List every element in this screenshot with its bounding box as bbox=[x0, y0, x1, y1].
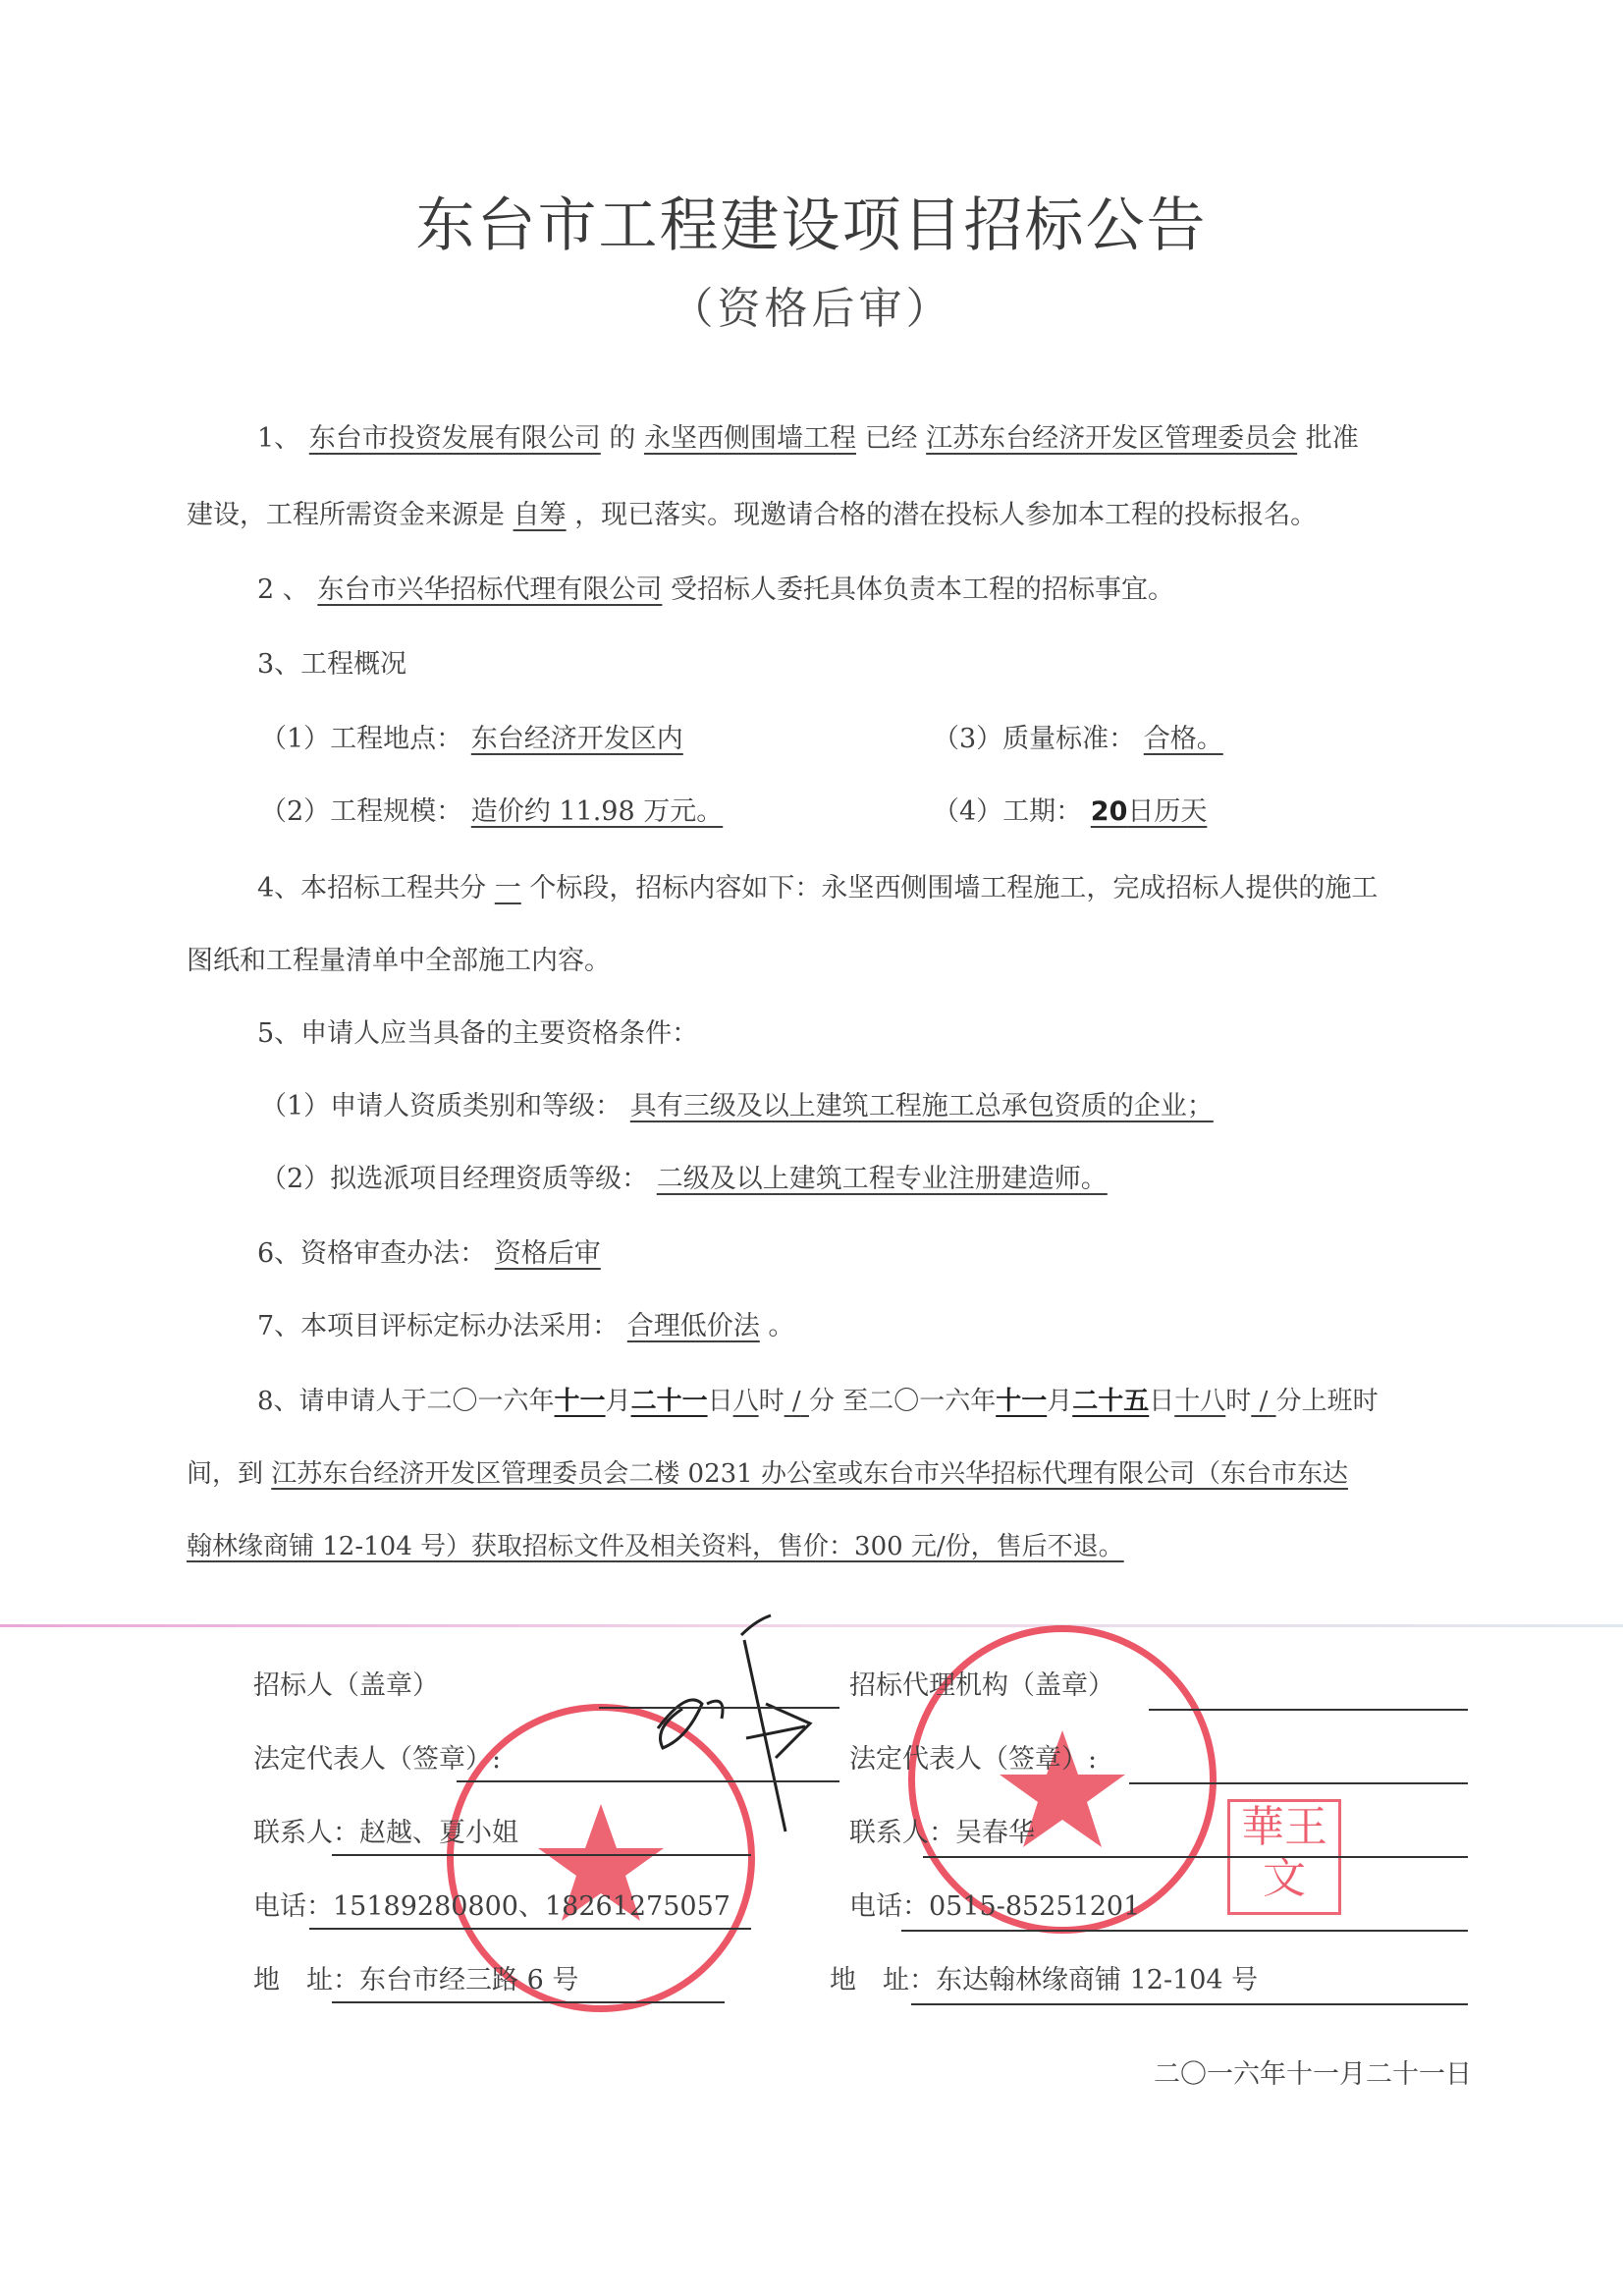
field-label: 7、本项目评标定标办法采用： bbox=[257, 1311, 619, 1341]
section-1-line-2: 建设，工程所需资金来源是 自筹 ，现已落实。现邀请合格的潜在投标人参加本工程的投… bbox=[187, 499, 1317, 532]
end-month: 十一 bbox=[996, 1387, 1047, 1416]
static-text: 分 至二〇一六年 bbox=[809, 1387, 996, 1416]
field-value: 赵越、夏小姐 bbox=[359, 1818, 518, 1848]
section-8-line-1: 8、请申请人于二〇一六年十一月二十一日八时 / 分 至二〇一六年十一月二十五日十… bbox=[257, 1385, 1379, 1418]
manager-qualification: （2）拟选派项目经理资质等级： 二级及以上建筑工程专业注册建造师。 bbox=[260, 1163, 1108, 1196]
static-text: 。 bbox=[768, 1311, 794, 1341]
static-text: 个标段，招标内容如下：永坚西侧围墙工程施工，完成招标人提供的施工 bbox=[529, 873, 1378, 903]
section-1-line-1: 1、 东台市投资发展有限公司 的 永坚西侧围墙工程 已经 江苏东台经济开发区管理… bbox=[257, 422, 1359, 456]
document-title: 东台市工程建设项目招标公告 bbox=[0, 179, 1623, 263]
field-label: 电话： bbox=[849, 1891, 929, 1922]
field-label: 联系人： bbox=[849, 1818, 955, 1848]
static-text: 日 bbox=[708, 1387, 733, 1416]
section-4-line-1: 4、本招标工程共分 一 个标段，招标内容如下：永坚西侧围墙工程施工，完成招标人提… bbox=[257, 872, 1378, 905]
section-8-line-3: 翰林缘商铺 12-104 号）获取招标文件及相关资料，售价：300 元/份，售后… bbox=[187, 1530, 1124, 1563]
static-text: 月 bbox=[606, 1387, 631, 1416]
end-minute: / bbox=[1260, 1387, 1269, 1416]
tenderer-contact: 联系人：赵越、夏小姐 bbox=[253, 1817, 518, 1850]
agency-rep-line bbox=[1129, 1782, 1468, 1784]
issue-date: 二〇一六年十一月二十一日 bbox=[1154, 2052, 1472, 2091]
document-subtitle: （资格后审） bbox=[0, 273, 1623, 336]
tender-announcement-page: 东台市工程建设项目招标公告 （资格后审） 1、 东台市投资发展有限公司 的 永坚… bbox=[0, 0, 1623, 2296]
section-7: 7、本项目评标定标办法采用： 合理低价法 。 bbox=[257, 1310, 794, 1343]
static-text: 日 bbox=[1149, 1387, 1174, 1416]
field-label: （1）工程地点： bbox=[260, 724, 462, 754]
field-value: 东达翰林缘商铺 12-104 号 bbox=[936, 1965, 1258, 1995]
field-label: 地 址： bbox=[253, 1965, 359, 1995]
field-label: （2）拟选派项目经理资质等级： bbox=[260, 1164, 648, 1194]
applicant-qualification: （1）申请人资质类别和等级： 具有三级及以上建筑工程施工总承包资质的企业； bbox=[260, 1090, 1214, 1123]
section-2: 2 、 东台市兴华招标代理有限公司 受招标人委托具体负责本工程的招标事宜。 bbox=[257, 574, 1174, 607]
lot-count: 一 bbox=[495, 873, 521, 903]
tenderer-rep-label: 法定代表人（签章）: bbox=[253, 1743, 501, 1777]
section-number: 1、 bbox=[257, 423, 300, 454]
static-text: ，现已落实。现邀请合格的潜在投标人参加本工程的投标报名。 bbox=[574, 500, 1317, 530]
tenderer-name: 东台市投资发展有限公司 bbox=[309, 423, 601, 454]
field-value: 日历天 bbox=[1127, 796, 1207, 827]
static-text: 时 bbox=[1225, 1387, 1251, 1416]
field-label: 联系人： bbox=[253, 1818, 359, 1848]
quality-standard: （3）质量标准： 合格。 bbox=[933, 723, 1223, 756]
approving-authority: 江苏东台经济开发区管理委员会 bbox=[926, 423, 1297, 454]
static-text: 4、本招标工程共分 bbox=[257, 873, 486, 903]
static-text: 8、请申请人于二〇一六年 bbox=[257, 1387, 555, 1416]
agency-rep-label: 法定代表人（签章）: bbox=[849, 1743, 1097, 1777]
field-value: 合理低价法 bbox=[627, 1311, 760, 1341]
agency-name: 东台市兴华招标代理有限公司 bbox=[317, 574, 662, 605]
static-text: 的 bbox=[609, 423, 635, 454]
agency-address: 地 址：东达翰林缘商铺 12-104 号 bbox=[830, 1964, 1258, 1997]
field-label: 电话： bbox=[253, 1891, 333, 1922]
agency-seal-line bbox=[1149, 1709, 1468, 1711]
field-label: （4）工期： bbox=[933, 796, 1082, 827]
agency-contact-line bbox=[923, 1856, 1468, 1858]
agency-seal-label: 招标代理机构（盖章） bbox=[849, 1669, 1114, 1703]
field-value: 二级及以上建筑工程专业注册建造师。 bbox=[657, 1164, 1108, 1194]
section-5-heading: 5、申请人应当具备的主要资格条件： bbox=[257, 1017, 698, 1051]
project-scale: （2）工程规模： 造价约 11.98 万元。 bbox=[260, 795, 723, 829]
field-value: 资格后审 bbox=[495, 1238, 601, 1269]
section-8-line-2: 间，到 江苏东台经济开发区管理委员会二楼 0231 办公室或东台市兴华招标代理有… bbox=[187, 1457, 1348, 1491]
handwritten-value: 20 bbox=[1091, 796, 1128, 827]
tenderer-contact-line bbox=[332, 1854, 751, 1856]
pickup-location-cont: 翰林缘商铺 12-104 号）获取招标文件及相关资料，售价：300 元/份，售后… bbox=[187, 1532, 1124, 1561]
static-text: 建设，工程所需资金来源是 bbox=[187, 500, 505, 530]
start-day: 二十一 bbox=[631, 1387, 708, 1416]
construction-period: （4）工期： 20日历天 bbox=[933, 795, 1207, 829]
field-label: 6、资格审查办法： bbox=[257, 1238, 486, 1269]
tenderer-phone: 电话：15189280800、18261275057 bbox=[253, 1890, 730, 1924]
project-name: 永坚西侧围墙工程 bbox=[644, 423, 856, 454]
field-value: 东台经济开发区内 bbox=[471, 724, 683, 754]
tenderer-seal-label: 招标人（盖章） bbox=[253, 1669, 439, 1703]
section-3-heading: 3、工程概况 bbox=[257, 648, 406, 682]
field-value: 合格。 bbox=[1144, 724, 1223, 754]
static-text: 时 bbox=[759, 1387, 784, 1416]
funding-source: 自筹 bbox=[514, 500, 567, 530]
field-value: 造价约 11.98 万元。 bbox=[471, 796, 723, 827]
agency-phone: 电话：0515-85251201 bbox=[849, 1890, 1140, 1924]
end-day: 二十五 bbox=[1072, 1387, 1149, 1416]
agency-contact: 联系人：吴春华 bbox=[849, 1817, 1035, 1850]
field-label: （1）申请人资质类别和等级： bbox=[260, 1091, 622, 1121]
static-text: 月 bbox=[1047, 1387, 1072, 1416]
section-6: 6、资格审查办法： 资格后审 bbox=[257, 1237, 601, 1271]
pickup-location: 江苏东台经济开发区管理委员会二楼 0231 办公室或东台市兴华招标代理有限公司（… bbox=[271, 1459, 1348, 1489]
tenderer-address: 地 址：东台市经三路 6 号 bbox=[253, 1964, 578, 1997]
field-value: 吴春华 bbox=[955, 1818, 1035, 1848]
agency-address-line bbox=[911, 2003, 1468, 2005]
field-value: 东台市经三路 6 号 bbox=[359, 1965, 578, 1995]
section-4-line-2: 图纸和工程量清单中全部施工内容。 bbox=[187, 945, 611, 978]
static-text: 分上班时 bbox=[1276, 1387, 1379, 1416]
static-text: 已经 bbox=[865, 423, 918, 454]
field-label: 地 址： bbox=[830, 1965, 936, 1995]
tenderer-rep-line bbox=[457, 1780, 839, 1782]
handwritten-signature bbox=[628, 1611, 825, 1836]
tenderer-address-line bbox=[332, 2001, 725, 2003]
field-value: 15189280800、18261275057 bbox=[333, 1891, 730, 1922]
field-label: （2）工程规模： bbox=[260, 796, 462, 827]
end-hour: 十八 bbox=[1174, 1387, 1225, 1416]
section-number: 2 、 bbox=[257, 574, 309, 605]
static-text: 间，到 bbox=[187, 1459, 263, 1489]
field-label: （3）质量标准： bbox=[933, 724, 1135, 754]
start-month: 十一 bbox=[555, 1387, 606, 1416]
field-value: 具有三级及以上建筑工程施工总承包资质的企业； bbox=[630, 1091, 1214, 1121]
agency-phone-line bbox=[901, 1930, 1468, 1932]
project-location: （1）工程地点： 东台经济开发区内 bbox=[260, 723, 683, 756]
start-hour: 八 bbox=[733, 1387, 759, 1416]
field-value: 0515-85251201 bbox=[929, 1891, 1140, 1922]
static-text: 批准 bbox=[1306, 423, 1359, 454]
static-text: 受招标人委托具体负责本工程的招标事宜。 bbox=[671, 574, 1174, 605]
start-minute: / bbox=[792, 1387, 801, 1416]
tenderer-seal-line bbox=[599, 1707, 839, 1709]
tenderer-phone-line bbox=[309, 1928, 751, 1930]
